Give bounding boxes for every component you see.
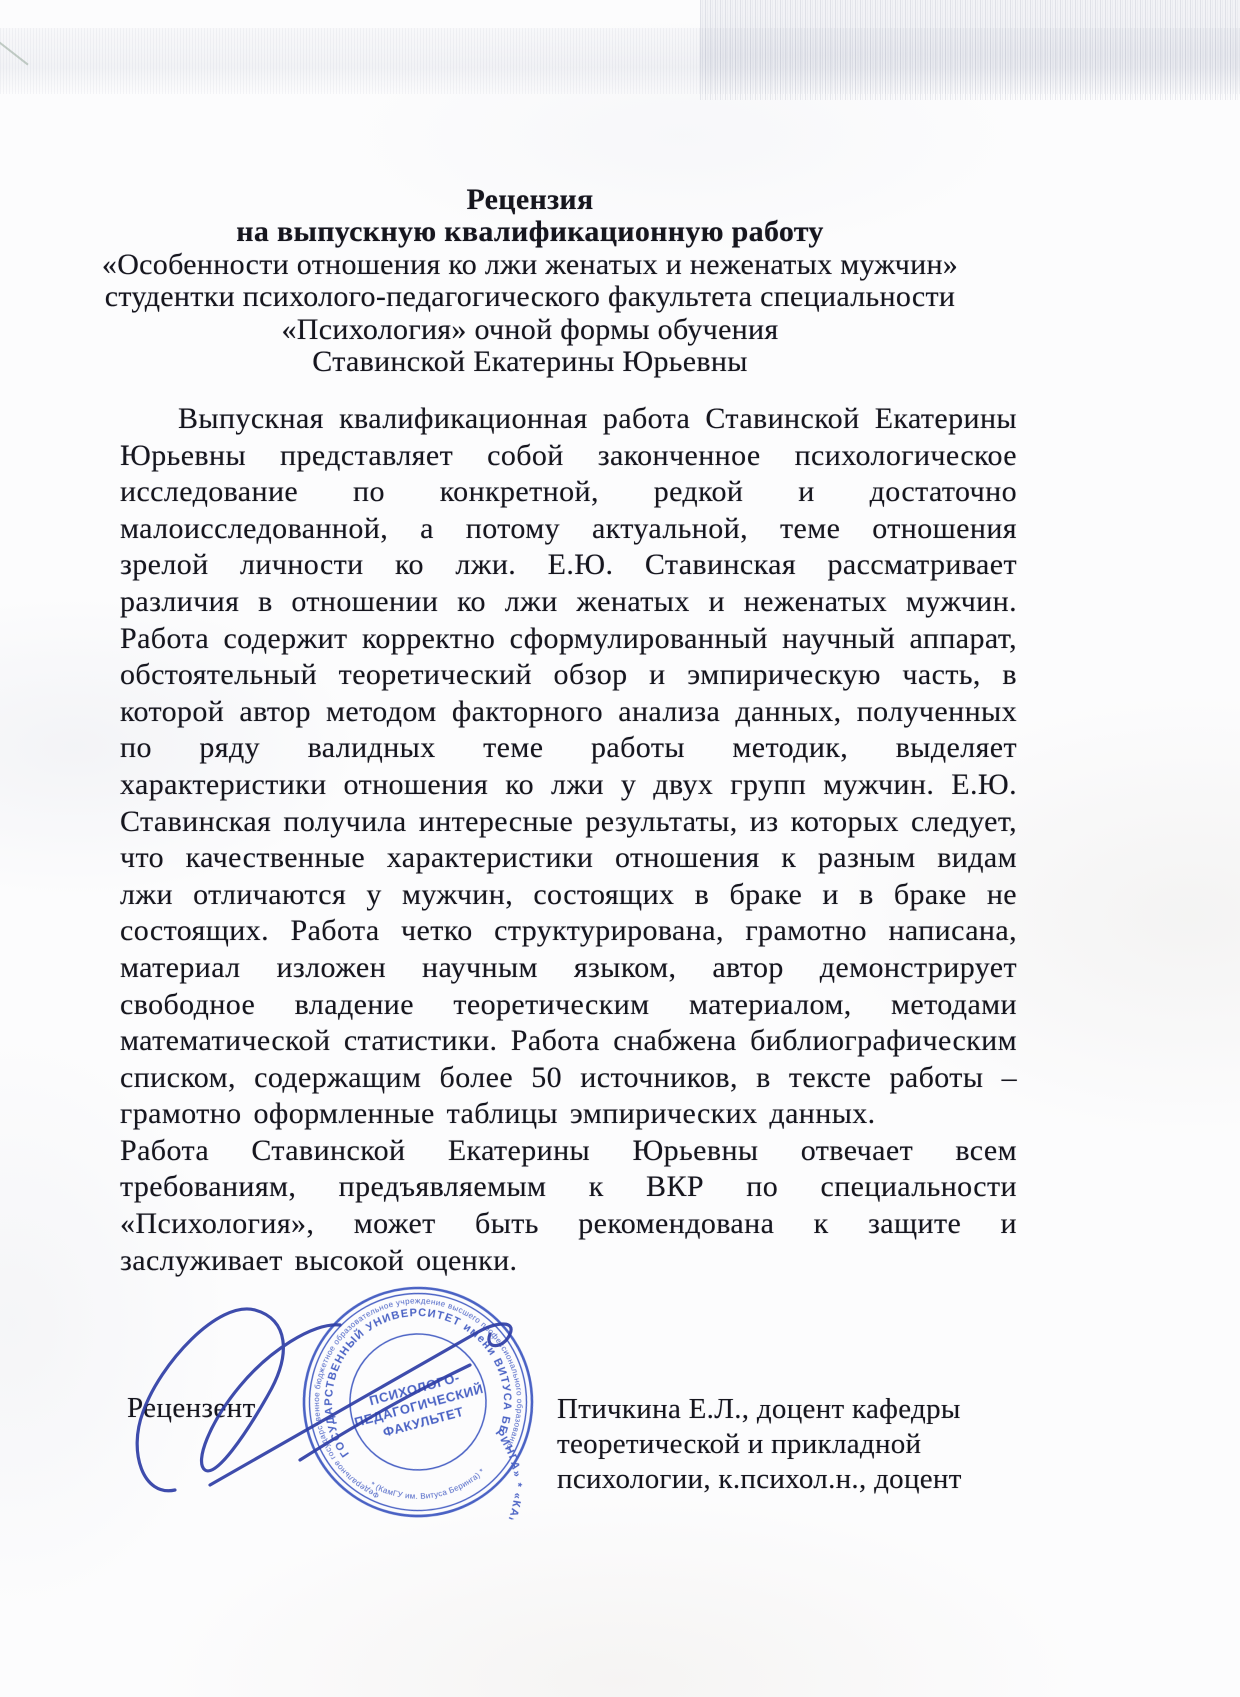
body-paragraph-1: Выпускная квалификационная работа Ставин…	[120, 401, 1017, 1133]
signature-loop-stroke	[137, 1309, 340, 1491]
scan-streaks-band	[0, 28, 1240, 94]
header-line-1: на выпускную квалификационную работу	[95, 216, 965, 248]
signature-diagonal-stroke	[210, 1324, 511, 1485]
reviewer-credentials: Птичкина Е.Л., доцент кафедры теоретичес…	[557, 1392, 1037, 1497]
header-line-3: студентки психолого-педагогического факу…	[95, 281, 965, 313]
credential-line-3: психологии, к.психол.н., доцент	[557, 1462, 1037, 1497]
credential-line-1: Птичкина Е.Л., доцент кафедры	[557, 1392, 1037, 1427]
scan-artifact-mark	[0, 41, 29, 66]
scanned-review-page: Рецензия на выпускную квалификационную р…	[0, 0, 1240, 1697]
document-title: Рецензия	[95, 184, 965, 216]
scan-streaks-right	[700, 0, 1240, 100]
handwritten-signature	[118, 1292, 588, 1512]
header-line-2: «Особенности отношения ко лжи женатых и …	[95, 249, 965, 281]
document-header: Рецензия на выпускную квалификационную р…	[95, 184, 965, 378]
credential-line-2: теоретической и прикладной	[557, 1427, 1037, 1462]
header-line-5: Ставинской Екатерины Юрьевны	[95, 346, 965, 378]
header-line-4: «Психология» очной формы обучения	[95, 314, 965, 346]
body-paragraph-2: Работа Ставинской Екатерины Юрьевны отве…	[120, 1133, 1017, 1279]
signature-extra-stroke	[300, 1365, 470, 1460]
document-body: Выпускная квалификационная работа Ставин…	[120, 401, 1017, 1279]
